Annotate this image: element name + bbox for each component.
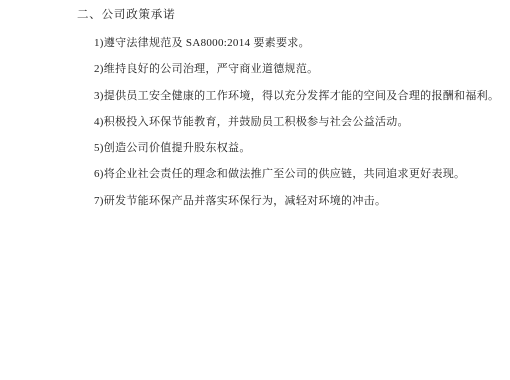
- policy-item-1: 1)遵守法律规范及 SA8000:2014 要素要求。: [94, 36, 499, 62]
- policy-item-5: 5)创造公司价值提升股东权益。: [94, 141, 499, 167]
- section-heading: 二、公司政策承诺: [77, 8, 175, 22]
- policy-item-6: 6)将企业社会责任的理念和做法推广至公司的供应链，共同追求更好表现。: [94, 167, 499, 193]
- document-page: 二、公司政策承诺 1)遵守法律规范及 SA8000:2014 要素要求。 2)维…: [0, 0, 510, 380]
- policy-item-2: 2)维持良好的公司治理，严守商业道德规范。: [94, 62, 499, 88]
- policy-list: 1)遵守法律规范及 SA8000:2014 要素要求。 2)维持良好的公司治理，…: [94, 36, 499, 220]
- policy-item-4: 4)积极投入环保节能教育，并鼓励员工积极参与社会公益活动。: [94, 115, 499, 141]
- policy-item-3: 3)提供员工安全健康的工作环境，得以充分发挥才能的空间及合理的报酬和福利。: [94, 89, 499, 115]
- policy-item-7: 7)研发节能环保产品并落实环保行为，减轻对环境的冲击。: [94, 194, 499, 220]
